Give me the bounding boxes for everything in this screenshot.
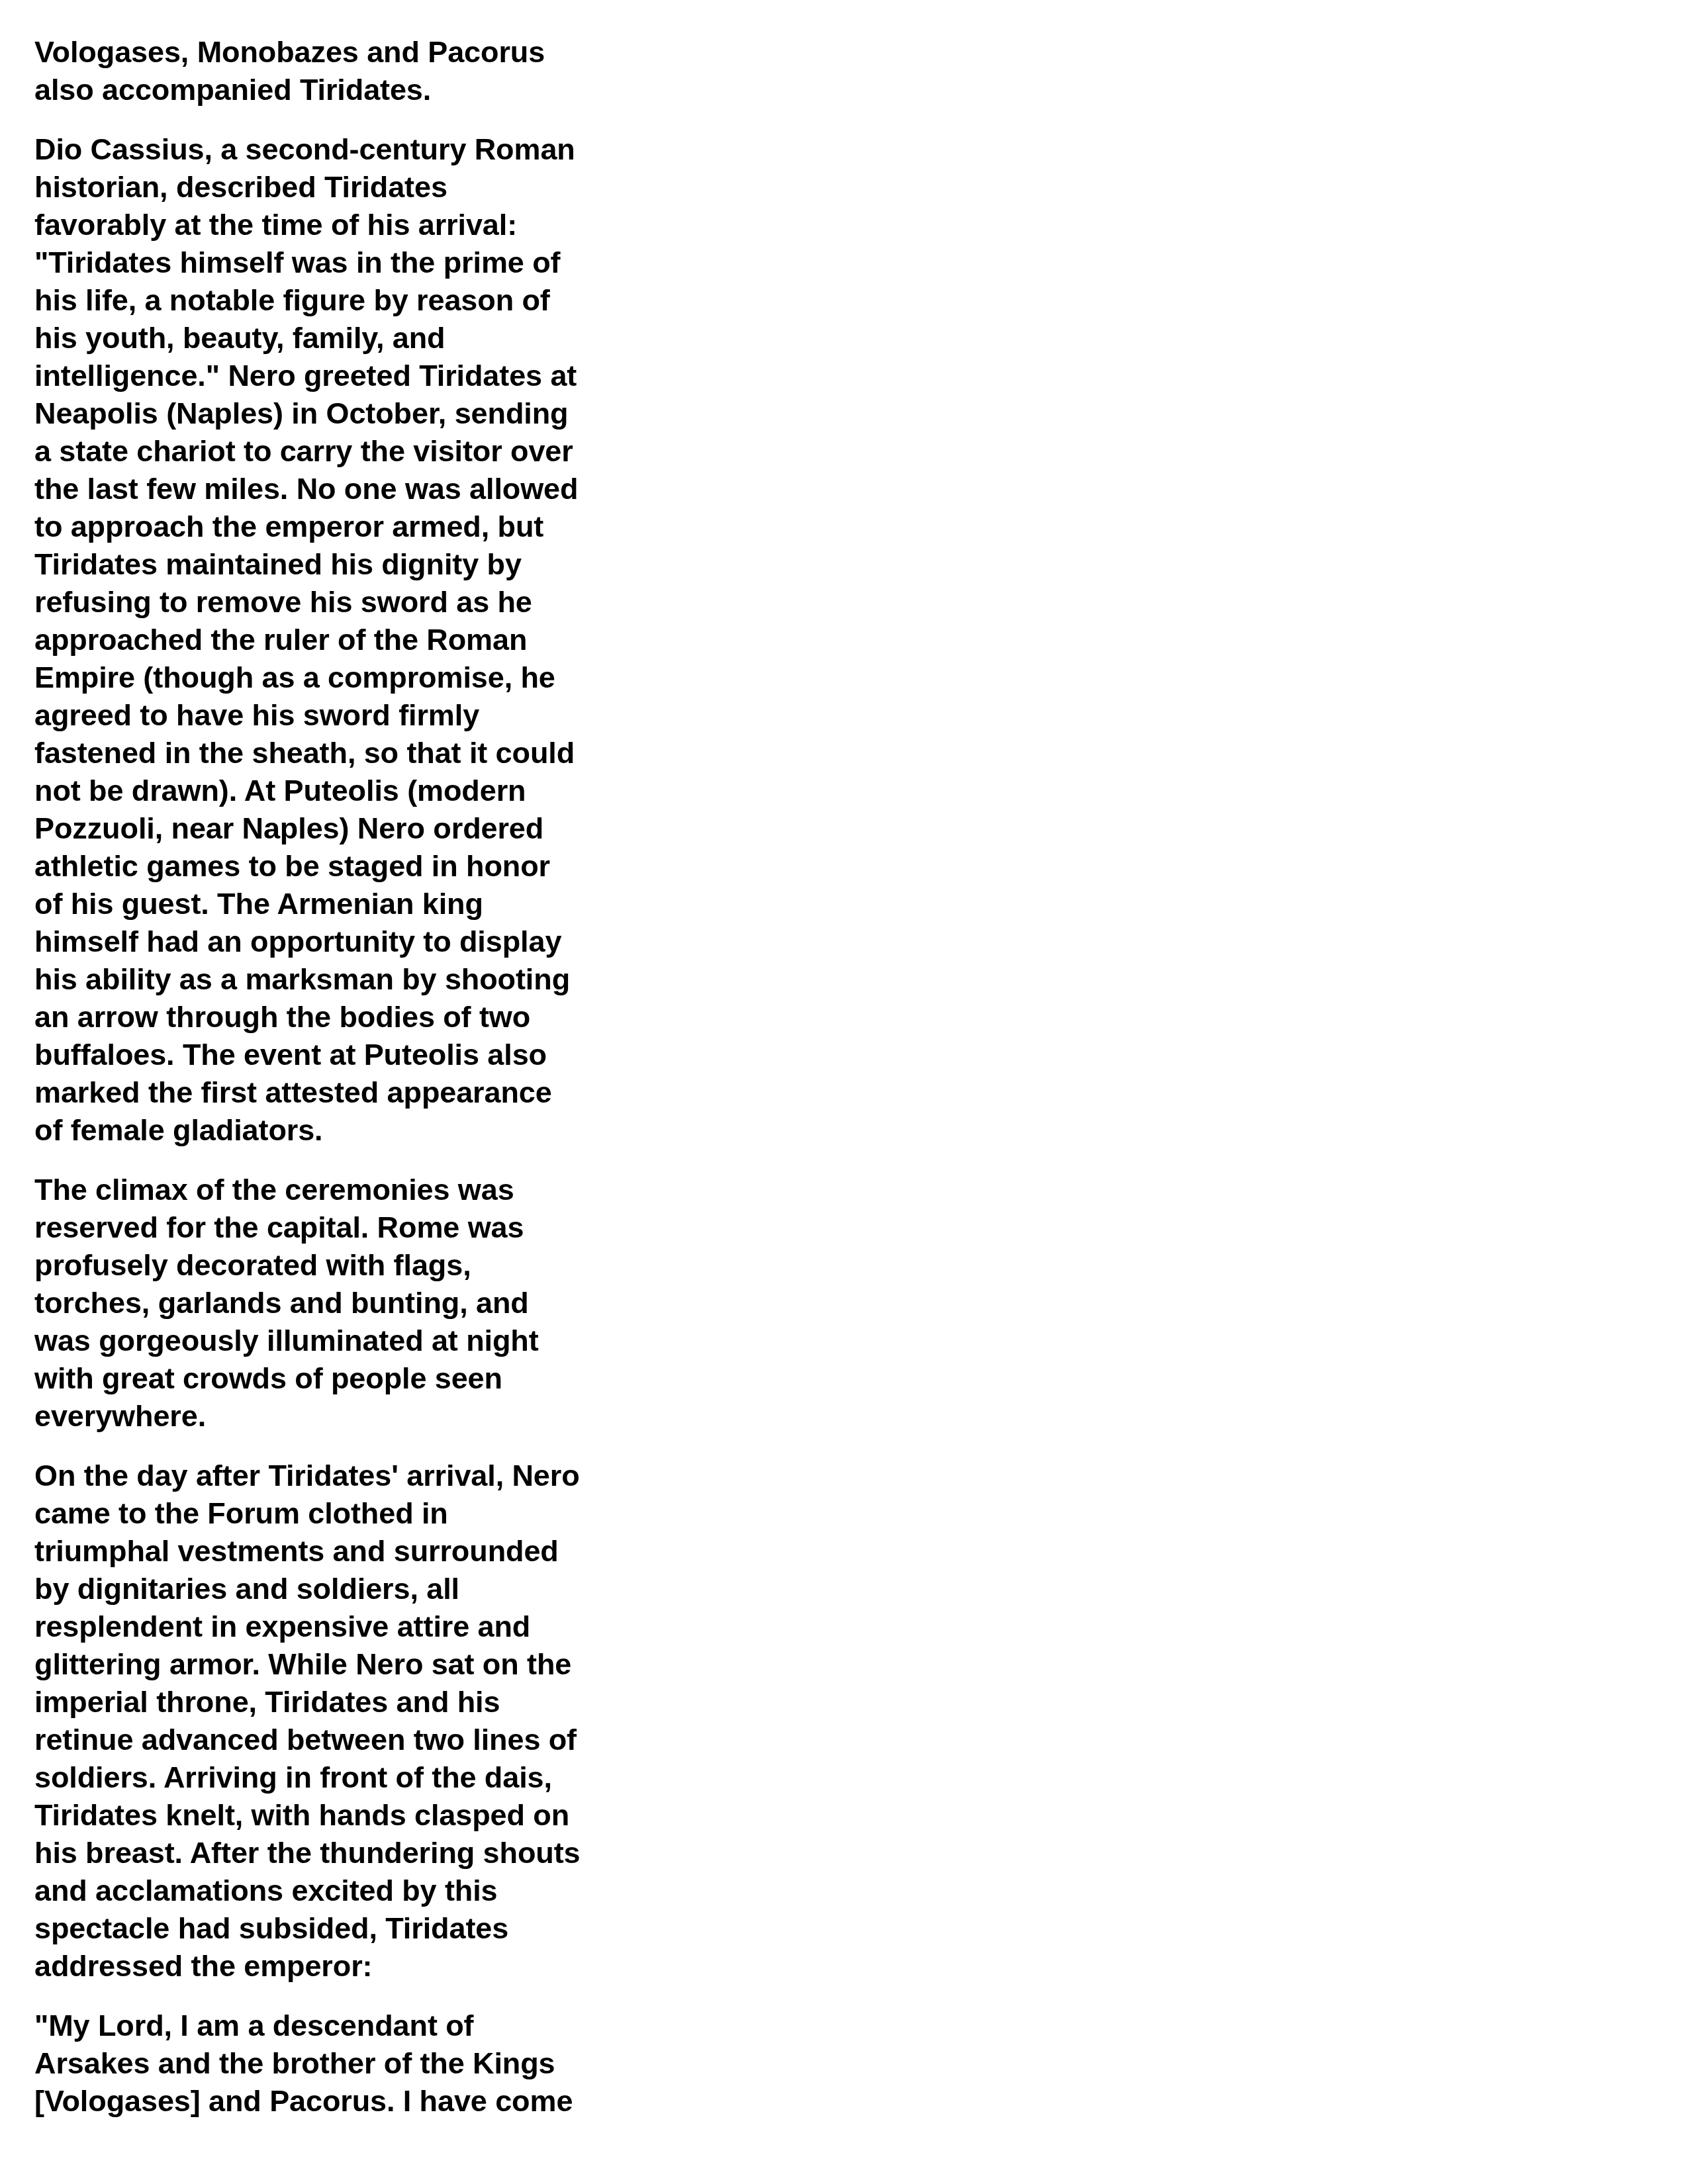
text-line: triumphal vestments and surrounded	[34, 1532, 617, 1570]
text-line: came to the Forum clothed in	[34, 1494, 617, 1532]
text-line: to approach the emperor armed, but	[34, 508, 617, 545]
text-line: retinue advanced between two lines of	[34, 1721, 617, 1758]
text-line: his ability as a marksman by shooting	[34, 960, 617, 998]
text-line: soldiers. Arriving in front of the dais,	[34, 1758, 617, 1796]
text-line: addressed the emperor:	[34, 1947, 617, 1985]
text-line: profusely decorated with flags,	[34, 1246, 617, 1284]
text-line: On the day after Tiridates' arrival, Ner…	[34, 1457, 617, 1494]
text-line: glittering armor. While Nero sat on the	[34, 1645, 617, 1683]
text-line: refusing to remove his sword as he	[34, 583, 617, 621]
paragraph-forum: On the day after Tiridates' arrival, Ner…	[34, 1457, 617, 1985]
paragraph-companions: Vologases, Monobazes and Pacorus also ac…	[34, 33, 617, 109]
text-line: also accompanied Tiridates.	[34, 71, 617, 109]
paragraph-dio-cassius: Dio Cassius, a second-century Roman hist…	[34, 130, 617, 1149]
text-line: agreed to have his sword firmly	[34, 696, 617, 734]
text-line: and acclamations excited by this	[34, 1872, 617, 1909]
text-line: of female gladiators.	[34, 1111, 617, 1149]
text-line: Vologases, Monobazes and Pacorus	[34, 33, 617, 71]
text-line: resplendent in expensive attire and	[34, 1608, 617, 1645]
text-line: historian, described Tiridates	[34, 168, 617, 206]
text-line: not be drawn). At Puteolis (modern	[34, 772, 617, 809]
text-line: "My Lord, I am a descendant of	[34, 2007, 617, 2044]
text-line: intelligence." Nero greeted Tiridates at	[34, 357, 617, 394]
text-line: The climax of the ceremonies was	[34, 1171, 617, 1208]
text-line: Neapolis (Naples) in October, sending	[34, 394, 617, 432]
text-line: an arrow through the bodies of two	[34, 998, 617, 1036]
text-line: the last few miles. No one was allowed	[34, 470, 617, 508]
text-line: Tiridates maintained his dignity by	[34, 545, 617, 583]
text-line: his life, a notable figure by reason of	[34, 281, 617, 319]
text-line: [Vologases] and Pacorus. I have come	[34, 2082, 617, 2120]
text-line: with great crowds of people seen	[34, 1359, 617, 1397]
paragraph-tiridates-speech: "My Lord, I am a descendant of Arsakes a…	[34, 2007, 617, 2120]
text-line: his youth, beauty, family, and	[34, 319, 617, 357]
text-line: by dignitaries and soldiers, all	[34, 1570, 617, 1608]
text-line: "Tiridates himself was in the prime of	[34, 244, 617, 281]
text-line: approached the ruler of the Roman	[34, 621, 617, 659]
text-line: his breast. After the thundering shouts	[34, 1834, 617, 1872]
text-line: of his guest. The Armenian king	[34, 885, 617, 923]
text-line: Dio Cassius, a second-century Roman	[34, 130, 617, 168]
text-line: fastened in the sheath, so that it could	[34, 734, 617, 772]
text-line: was gorgeously illuminated at night	[34, 1322, 617, 1359]
text-line: marked the first attested appearance	[34, 1073, 617, 1111]
text-line: Tiridates knelt, with hands clasped on	[34, 1796, 617, 1834]
text-line: Empire (though as a compromise, he	[34, 659, 617, 696]
text-line: torches, garlands and bunting, and	[34, 1284, 617, 1322]
text-line: buffaloes. The event at Puteolis also	[34, 1036, 617, 1073]
text-line: imperial throne, Tiridates and his	[34, 1683, 617, 1721]
text-line: Pozzuoli, near Naples) Nero ordered	[34, 809, 617, 847]
text-line: Arsakes and the brother of the Kings	[34, 2044, 617, 2082]
text-line: athletic games to be staged in honor	[34, 847, 617, 885]
document-page: Vologases, Monobazes and Pacorus also ac…	[34, 33, 617, 2142]
text-line: himself had an opportunity to display	[34, 923, 617, 960]
text-line: spectacle had subsided, Tiridates	[34, 1909, 617, 1947]
paragraph-rome-ceremonies: The climax of the ceremonies was reserve…	[34, 1171, 617, 1435]
text-line: a state chariot to carry the visitor ove…	[34, 432, 617, 470]
text-line: everywhere.	[34, 1397, 617, 1435]
text-line: reserved for the capital. Rome was	[34, 1208, 617, 1246]
text-line: favorably at the time of his arrival:	[34, 206, 617, 244]
